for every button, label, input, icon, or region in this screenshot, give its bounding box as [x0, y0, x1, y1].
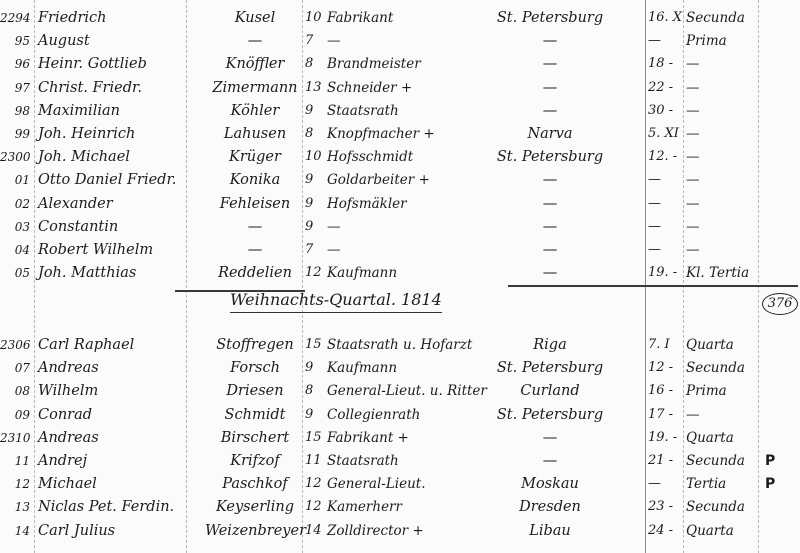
cell-age: 7 [305, 238, 325, 262]
cell-age: 8 [305, 122, 325, 146]
cell-date: 7. I [648, 333, 670, 357]
cell-occupation: General-Lieut. u. Ritter [327, 379, 487, 403]
cell-occupation: Goldarbeiter + [327, 168, 430, 192]
cell-age: 15 [305, 333, 325, 357]
cell-num: 01 [0, 168, 30, 192]
cell-date: 18 - [648, 52, 673, 76]
cell-num: 08 [0, 379, 30, 403]
cell-given: Otto Daniel Friedr. [38, 168, 176, 192]
cell-age: 9 [305, 356, 325, 380]
cell-occupation: Schneider + [327, 76, 412, 100]
cell-occupation: — [327, 29, 341, 53]
cell-place: — [475, 29, 625, 53]
cell-age: 7 [305, 29, 325, 53]
cell-surname: Weizenbreyer [205, 519, 305, 543]
page-number-badge: 376 [762, 293, 798, 315]
register-row: 96Heinr. GottliebKnöffler8Brandmeister—1… [0, 52, 800, 76]
cell-date: — [648, 238, 661, 262]
cell-num: 2300 [0, 145, 30, 169]
cell-num: 96 [0, 52, 30, 76]
cell-place: — [475, 192, 625, 216]
cell-surname: Konika [205, 168, 305, 192]
cell-occupation: Kamerherr [327, 495, 402, 519]
register-row: 97Christ. Friedr.Zimermann13Schneider +—… [0, 76, 800, 100]
register-row: 14Carl JuliusWeizenbreyer14Zolldirector … [0, 519, 800, 543]
cell-klass: — [686, 76, 700, 100]
cell-date: — [648, 192, 661, 216]
cell-surname: Keyserling [205, 495, 305, 519]
cell-klass: — [686, 145, 700, 169]
cell-mark: P [765, 472, 775, 496]
cell-occupation: Hofsschmidt [327, 145, 413, 169]
cell-date: 24 - [648, 519, 673, 543]
register-row: 11AndrejKrifzof11Staatsrath—21 -SecundaP [0, 449, 800, 473]
cell-date: — [648, 168, 661, 192]
cell-surname: — [205, 29, 305, 53]
cell-surname: Krifzof [205, 449, 305, 473]
section-rule-right [508, 285, 798, 287]
register-row: 2306Carl RaphaelStoffregen15Staatsrath u… [0, 333, 800, 357]
cell-age: 12 [305, 472, 325, 496]
cell-klass: Secunda [686, 6, 745, 30]
cell-mark: P [765, 449, 775, 473]
cell-given: Andreas [38, 356, 99, 380]
cell-klass: — [686, 192, 700, 216]
cell-occupation: — [327, 215, 341, 239]
cell-date: — [648, 215, 661, 239]
cell-surname: Köhler [205, 99, 305, 123]
cell-surname: Fehleisen [205, 192, 305, 216]
register-row: 03Constantin—9———— [0, 215, 800, 239]
cell-given: Maximilian [38, 99, 120, 123]
cell-age: 12 [305, 261, 325, 285]
cell-given: Conrad [38, 403, 92, 427]
cell-date: 16. X [648, 6, 682, 30]
cell-place: — [475, 99, 625, 123]
cell-place: Riga [475, 333, 625, 357]
cell-klass: — [686, 215, 700, 239]
cell-place: — [475, 261, 625, 285]
cell-surname: Kusel [205, 6, 305, 30]
cell-given: Andreas [38, 426, 99, 450]
cell-num: 98 [0, 99, 30, 123]
cell-num: 2310 [0, 426, 30, 450]
register-row: 07AndreasForsch9KaufmannSt. Petersburg12… [0, 356, 800, 380]
cell-num: 2306 [0, 333, 30, 357]
cell-num: 11 [0, 449, 30, 473]
cell-given: Joh. Michael [38, 145, 130, 169]
cell-klass: — [686, 238, 700, 262]
cell-occupation: Staatsrath [327, 449, 399, 473]
cell-place: — [475, 76, 625, 100]
cell-date: — [648, 29, 661, 53]
cell-klass: — [686, 122, 700, 146]
cell-surname: Forsch [205, 356, 305, 380]
cell-place: St. Petersburg [475, 356, 625, 380]
cell-occupation: Staatsrath u. Hofarzt [327, 333, 472, 357]
cell-date: 21 - [648, 449, 673, 473]
cell-place: Curland [475, 379, 625, 403]
cell-given: Niclas Pet. Ferdin. [38, 495, 174, 519]
cell-occupation: Fabrikant [327, 6, 393, 30]
register-row: 12MichaelPaschkof12General-Lieut.Moskau—… [0, 472, 800, 496]
cell-occupation: Kaufmann [327, 261, 397, 285]
cell-date: 12. - [648, 145, 677, 169]
cell-num: 13 [0, 495, 30, 519]
cell-surname: — [205, 238, 305, 262]
cell-date: 22 - [648, 76, 673, 100]
cell-place: — [475, 168, 625, 192]
cell-surname: Paschkof [205, 472, 305, 496]
cell-date: 5. XI [648, 122, 679, 146]
cell-age: 15 [305, 426, 325, 450]
cell-age: 14 [305, 519, 325, 543]
cell-place: Narva [475, 122, 625, 146]
cell-num: 14 [0, 519, 30, 543]
cell-given: Heinr. Gottlieb [38, 52, 147, 76]
cell-given: Alexander [38, 192, 113, 216]
cell-place: Moskau [475, 472, 625, 496]
register-row: 04Robert Wilhelm—7———— [0, 238, 800, 262]
cell-date: — [648, 472, 661, 496]
cell-klass: Quarta [686, 519, 734, 543]
cell-age: 8 [305, 52, 325, 76]
register-row: 02AlexanderFehleisen9Hofsmäkler——— [0, 192, 800, 216]
register-row: 99Joh. HeinrichLahusen8Knopfmacher +Narv… [0, 122, 800, 146]
register-row: 95August—7———Prima [0, 29, 800, 53]
cell-date: 19. - [648, 261, 677, 285]
cell-klass: Secunda [686, 449, 745, 473]
cell-occupation: Kaufmann [327, 356, 397, 380]
cell-surname: Lahusen [205, 122, 305, 146]
cell-age: 9 [305, 168, 325, 192]
cell-klass: — [686, 168, 700, 192]
cell-surname: — [205, 215, 305, 239]
cell-klass: — [686, 99, 700, 123]
cell-given: Wilhelm [38, 379, 98, 403]
cell-klass: Quarta [686, 426, 734, 450]
cell-surname: Stoffregen [205, 333, 305, 357]
cell-place: Libau [475, 519, 625, 543]
register-row: 05Joh. MatthiasReddelien12Kaufmann—19. -… [0, 261, 800, 285]
cell-place: — [475, 449, 625, 473]
cell-date: 23 - [648, 495, 673, 519]
cell-given: Carl Julius [38, 519, 115, 543]
cell-age: 13 [305, 76, 325, 100]
cell-date: 16 - [648, 379, 673, 403]
cell-num: 99 [0, 122, 30, 146]
cell-surname: Zimermann [205, 76, 305, 100]
cell-given: Carl Raphael [38, 333, 134, 357]
register-row: 09ConradSchmidt9CollegienrathSt. Petersb… [0, 403, 800, 427]
cell-place: — [475, 238, 625, 262]
cell-surname: Knöffler [205, 52, 305, 76]
cell-klass: Kl. Tertia [686, 261, 749, 285]
cell-given: Robert Wilhelm [38, 238, 153, 262]
cell-age: 12 [305, 495, 325, 519]
cell-date: 19. - [648, 426, 677, 450]
cell-occupation: Zolldirector + [327, 519, 424, 543]
cell-klass: — [686, 52, 700, 76]
cell-date: 30 - [648, 99, 673, 123]
cell-klass: Secunda [686, 356, 745, 380]
cell-place: St. Petersburg [475, 403, 625, 427]
cell-surname: Krüger [205, 145, 305, 169]
cell-place: St. Petersburg [475, 145, 625, 169]
cell-occupation: — [327, 238, 341, 262]
register-row: 08WilhelmDriesen8General-Lieut. u. Ritte… [0, 379, 800, 403]
cell-occupation: Collegienrath [327, 403, 420, 427]
cell-age: 11 [305, 449, 325, 473]
register-row: 13Niclas Pet. Ferdin.Keyserling12Kamerhe… [0, 495, 800, 519]
cell-given: Joh. Heinrich [38, 122, 135, 146]
cell-place: — [475, 426, 625, 450]
cell-given: Michael [38, 472, 97, 496]
cell-num: 2294 [0, 6, 30, 30]
cell-age: 9 [305, 192, 325, 216]
register-row: 2310AndreasBirschert15Fabrikant +—19. -Q… [0, 426, 800, 450]
cell-klass: Quarta [686, 333, 734, 357]
cell-klass: Tertia [686, 472, 726, 496]
cell-occupation: Brandmeister [327, 52, 421, 76]
cell-klass: Prima [686, 379, 727, 403]
cell-given: Christ. Friedr. [38, 76, 142, 100]
cell-klass: Prima [686, 29, 727, 53]
cell-klass: — [686, 403, 700, 427]
cell-occupation: Fabrikant + [327, 426, 409, 450]
cell-age: 9 [305, 403, 325, 427]
cell-num: 09 [0, 403, 30, 427]
cell-place: St. Petersburg [475, 6, 625, 30]
cell-num: 12 [0, 472, 30, 496]
cell-surname: Schmidt [205, 403, 305, 427]
cell-given: Friedrich [38, 6, 107, 30]
register-row: 01Otto Daniel Friedr.Konika9Goldarbeiter… [0, 168, 800, 192]
cell-num: 95 [0, 29, 30, 53]
cell-age: 9 [305, 99, 325, 123]
cell-num: 05 [0, 261, 30, 285]
cell-place: Dresden [475, 495, 625, 519]
cell-given: August [38, 29, 90, 53]
cell-surname: Reddelien [205, 261, 305, 285]
cell-num: 02 [0, 192, 30, 216]
cell-surname: Driesen [205, 379, 305, 403]
cell-num: 04 [0, 238, 30, 262]
cell-place: — [475, 215, 625, 239]
cell-date: 17 - [648, 403, 673, 427]
cell-occupation: Staatsrath [327, 99, 399, 123]
cell-age: 10 [305, 145, 325, 169]
cell-num: 97 [0, 76, 30, 100]
cell-given: Constantin [38, 215, 118, 239]
cell-occupation: Knopfmacher + [327, 122, 435, 146]
cell-num: 07 [0, 356, 30, 380]
cell-given: Andrej [38, 449, 87, 473]
cell-age: 9 [305, 215, 325, 239]
cell-date: 12 - [648, 356, 673, 380]
cell-num: 03 [0, 215, 30, 239]
cell-klass: Secunda [686, 495, 745, 519]
cell-surname: Birschert [205, 426, 305, 450]
cell-place: — [475, 52, 625, 76]
cell-occupation: Hofsmäkler [327, 192, 407, 216]
cell-given: Joh. Matthias [38, 261, 136, 285]
cell-age: 8 [305, 379, 325, 403]
register-row: 98MaximilianKöhler9Staatsrath—30 -— [0, 99, 800, 123]
register-row: 2300Joh. MichaelKrüger10HofsschmidtSt. P… [0, 145, 800, 169]
section-title: Weihnachts-Quartal. 1814 [230, 290, 442, 313]
register-page: 2294FriedrichKusel10FabrikantSt. Petersb… [0, 0, 800, 553]
cell-age: 10 [305, 6, 325, 30]
cell-occupation: General-Lieut. [327, 472, 426, 496]
register-row: 2294FriedrichKusel10FabrikantSt. Petersb… [0, 6, 800, 30]
